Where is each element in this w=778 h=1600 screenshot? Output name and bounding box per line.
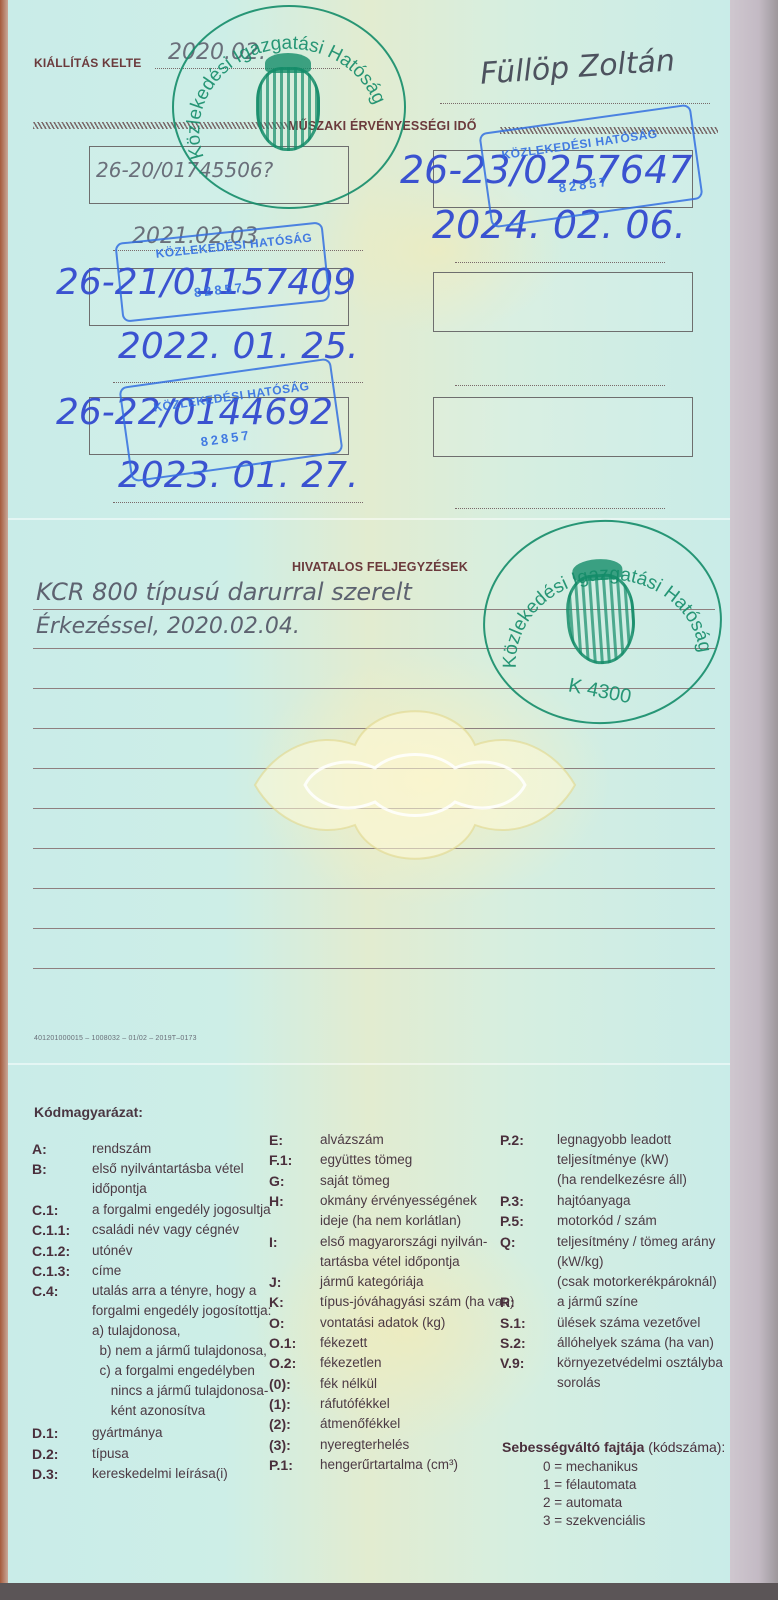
legend-description: fékezett <box>320 1333 367 1353</box>
signature-line <box>440 103 710 104</box>
legend-code: Q: <box>500 1232 516 1252</box>
legend-description: legnagyobb leadott teljesítménye (kW) (h… <box>557 1130 687 1190</box>
background-surface <box>0 1583 778 1600</box>
page-edge-right <box>730 0 778 1600</box>
legend-code: (3): <box>269 1435 291 1455</box>
legend-description: első nyilvántartásba vétel időpontja <box>92 1159 244 1199</box>
official-notes-label: HIVATALOS FELJEGYZÉSEK <box>292 560 468 574</box>
legend-description: okmány érvényességének ideje (ha nem kor… <box>320 1191 477 1231</box>
legend-code: R: <box>500 1292 515 1312</box>
legend-code: S.2: <box>500 1333 526 1353</box>
legend-description: első magyarországi nyilván- tartásba vét… <box>320 1232 487 1272</box>
gearbox-item: 0 = mechanikus <box>543 1459 638 1474</box>
legend-description: jármű kategóriája <box>320 1272 424 1292</box>
gearbox-item: 2 = automata <box>543 1495 622 1510</box>
svg-text:K 4300: K 4300 <box>567 674 633 708</box>
validity-box-6-empty <box>433 397 693 457</box>
legend-code: C.1: <box>32 1200 58 1220</box>
legend-description: családi név vagy cégnév <box>92 1220 239 1240</box>
validity-date-line-3 <box>113 502 363 503</box>
legend-description: környezetvédelmi osztályba sorolás <box>557 1353 723 1393</box>
legend-code: P.2: <box>500 1130 524 1150</box>
legend-description: rendszám <box>92 1139 151 1159</box>
validity-date-line-5 <box>455 385 665 386</box>
legend-description: együttes tömeg <box>320 1150 412 1170</box>
legend-code: H: <box>269 1191 284 1211</box>
legend-description: típusa <box>92 1444 129 1464</box>
coat-of-arms-icon <box>256 67 320 151</box>
round-authority-stamp-bottom: Közlekedési Igazgatási Hatóság K 4300 <box>476 512 729 732</box>
official-note-line-2: Érkezéssel, 2020.02.04. <box>36 614 300 639</box>
legend-description: saját tömeg <box>320 1171 390 1191</box>
legend-description: fékezetlen <box>320 1353 382 1373</box>
legend-description: állóhelyek száma (ha van) <box>557 1333 714 1353</box>
legend-description: utónév <box>92 1241 133 1261</box>
legend-code: E: <box>269 1130 283 1150</box>
legend-code: (1): <box>269 1394 291 1414</box>
legend-description: ülések száma vezetővel <box>557 1313 700 1333</box>
legend-description: hengerűrtartalma (cm³) <box>320 1455 458 1475</box>
legend-code: S.1: <box>500 1313 526 1333</box>
legend-description: gyártmánya <box>92 1423 163 1443</box>
legend-code: I: <box>269 1232 278 1252</box>
legend-description: a forgalmi engedély jogosultja <box>92 1200 271 1220</box>
legend-description: alvázszám <box>320 1130 384 1150</box>
page-edge-left <box>0 0 8 1600</box>
ruled-line <box>33 888 715 889</box>
legend-code: P.1: <box>269 1455 293 1475</box>
legend-description: a jármű színe <box>557 1292 638 1312</box>
legend-description: hajtóanyaga <box>557 1191 631 1211</box>
ruled-line <box>33 928 715 929</box>
legend-description: nyeregterhelés <box>320 1435 409 1455</box>
legend-description: ráfutófékkel <box>320 1394 390 1414</box>
official-note-line-1: KCR 800 típusú darurral szerelt <box>36 578 412 606</box>
gearbox-legend-title: Sebességváltó fajtája (kódszáma): <box>502 1439 725 1455</box>
validity-date-line-4 <box>455 262 665 263</box>
legend-code: O: <box>269 1313 285 1333</box>
round-authority-stamp-top: Közlekedési Igazgatási Hatóság <box>172 5 406 209</box>
legend-code: D.3: <box>32 1464 58 1484</box>
validity-box-5-empty <box>433 272 693 332</box>
legend-code: K: <box>269 1292 284 1312</box>
ruled-line <box>33 968 715 969</box>
gearbox-item: 1 = félautomata <box>543 1477 636 1492</box>
legend-code: D.1: <box>32 1423 58 1443</box>
legend-description: vontatási adatok (kg) <box>320 1313 445 1333</box>
legend-code: J: <box>269 1272 281 1292</box>
legend-code: (0): <box>269 1374 291 1394</box>
legend-code: O.2: <box>269 1353 296 1373</box>
legend-code: O.1: <box>269 1333 296 1353</box>
fold-line <box>8 1063 730 1065</box>
legend-code: P.5: <box>500 1211 524 1231</box>
validity-date-line-6 <box>455 508 665 509</box>
legend-title: Kódmagyarázat: <box>34 1104 143 1120</box>
legend-description: címe <box>92 1261 121 1281</box>
legend-code: C.1.1: <box>32 1220 70 1240</box>
legend-code: V.9: <box>500 1353 524 1373</box>
legend-code: G: <box>269 1171 285 1191</box>
gearbox-item: 3 = szekvenciális <box>543 1513 645 1528</box>
legend-code: (2): <box>269 1414 291 1434</box>
legend-description: utalás arra a tényre, hogy a forgalmi en… <box>92 1281 271 1421</box>
legend-code: P.3: <box>500 1191 524 1211</box>
legend-code: F.1: <box>269 1150 292 1170</box>
legend-description: átmenőfékkel <box>320 1414 400 1434</box>
legend-description: kereskedelmi leírása(i) <box>92 1464 228 1484</box>
legend-code: C.1.3: <box>32 1261 70 1281</box>
legend-code: D.2: <box>32 1444 58 1464</box>
legend-code: A: <box>32 1139 47 1159</box>
legend-description: teljesítmény / tömeg arány (kW/kg) (csak… <box>557 1232 717 1292</box>
legend-code: C.4: <box>32 1281 58 1301</box>
document-serial-number: 401201000015 – 1008032 – 01/02 – 2019T–0… <box>34 1035 197 1042</box>
legend-description: típus-jóváhagyási szám (ha van) <box>320 1292 514 1312</box>
legend-description: motorkód / szám <box>557 1211 657 1231</box>
issue-date-label: KIÁLLÍTÁS KELTE <box>34 56 141 70</box>
legend-description: fék nélkül <box>320 1374 377 1394</box>
legend-code: C.1.2: <box>32 1241 70 1261</box>
legend-code: B: <box>32 1159 47 1179</box>
